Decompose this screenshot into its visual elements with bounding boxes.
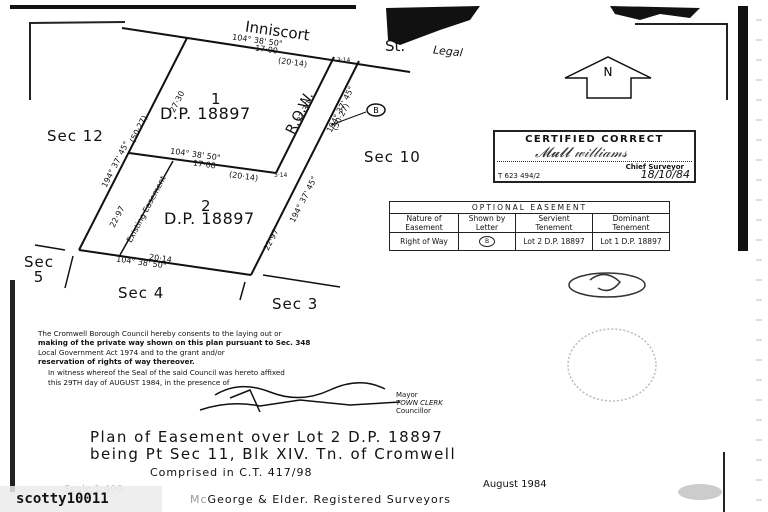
header-letter: Shown by Letter bbox=[459, 214, 516, 233]
mayor-label: Mayor bbox=[396, 391, 418, 399]
consent-line: reservation of rights of way thereover. bbox=[38, 357, 438, 366]
easement-table-title: OPTIONAL EASEMENT bbox=[390, 202, 670, 214]
section-lines bbox=[35, 245, 340, 300]
certified-title: CERTIFIED CORRECT bbox=[495, 134, 694, 145]
chief-surveyor-signature: 𝓜𝓾𝓵𝓵 𝓌𝒾𝓁𝓁𝒾𝒶𝓂𝓈 bbox=[535, 145, 627, 161]
lot-2-dp: D.P. 18897 bbox=[164, 209, 255, 228]
title-line-2: being Pt Sec 11, Blk XIV. Tn. of Cromwel… bbox=[90, 446, 456, 463]
cell-servient: Lot 2 D.P. 18897 bbox=[516, 233, 593, 251]
comprised-in-ct: Comprised in C.T. 417/98 bbox=[150, 466, 312, 479]
street-suffix: St. bbox=[385, 37, 405, 55]
table-row: Right of Way B Lot 2 D.P. 18897 Lot 1 D.… bbox=[390, 233, 670, 251]
scan-border-top bbox=[10, 5, 356, 9]
surveyors-label: McGeorge & Elder. Registered Surveyors bbox=[190, 493, 451, 506]
section-4-label: Sec 4 bbox=[118, 284, 164, 302]
certified-date: 18/10/84 bbox=[641, 168, 690, 181]
certified-correct-box: CERTIFIED CORRECT 𝓜𝓾𝓵𝓵 𝓌𝒾𝓁𝓁𝒾𝒶𝓂𝓈 Chief Su… bbox=[493, 130, 696, 183]
witness-line: this 29TH day of AUGUST 1984, in the pre… bbox=[48, 378, 285, 388]
header-servient: Servient Tenement bbox=[516, 214, 593, 233]
witness-line: In witness whereof the Seal of the said … bbox=[48, 368, 285, 378]
consent-line: The Cromwell Borough Council hereby cons… bbox=[38, 329, 438, 338]
consent-line: Local Government Act 1974 and to the gra… bbox=[38, 348, 438, 357]
section-10-label: Sec 10 bbox=[364, 148, 421, 166]
dim-row-width: 3·14 bbox=[337, 57, 350, 64]
easement-b-letter: B bbox=[373, 106, 379, 115]
cell-letter: B bbox=[459, 233, 516, 251]
section-12-label: Sec 12 bbox=[47, 127, 104, 145]
user-watermark: scotty10011 bbox=[0, 486, 162, 512]
council-seal-stamp bbox=[568, 329, 656, 401]
council-consent-text: The Cromwell Borough Council hereby cons… bbox=[38, 329, 438, 366]
frame-corner-left bbox=[30, 22, 125, 100]
signatures bbox=[200, 383, 400, 412]
edge-ticks bbox=[756, 20, 762, 500]
scan-border-right bbox=[738, 6, 748, 251]
witness-text: In witness whereof the Seal of the said … bbox=[48, 368, 285, 387]
cell-nature: Right of Way bbox=[390, 233, 459, 251]
town-clerk-label: TOWN CLERK bbox=[396, 399, 443, 407]
councillor-label: Councillor bbox=[396, 407, 431, 415]
consent-line: making of the private way shown on this … bbox=[38, 338, 438, 347]
header-nature: Nature of Easement bbox=[390, 214, 459, 233]
title-line-1: Plan of Easement over Lot 2 D.P. 18897 bbox=[90, 429, 456, 446]
scan-smudge bbox=[610, 6, 700, 20]
header-dominant: Dominant Tenement bbox=[593, 214, 670, 233]
seal-scribble bbox=[569, 273, 645, 297]
dim-row-width-mid: 3·14 bbox=[274, 172, 287, 179]
plan-date: August 1984 bbox=[483, 479, 547, 490]
cell-dominant: Lot 1 D.P. 18897 bbox=[593, 233, 670, 251]
plan-title: Plan of Easement over Lot 2 D.P. 18897 b… bbox=[90, 429, 456, 463]
frame-corner-right bbox=[635, 24, 727, 100]
section-3-label: Sec 3 bbox=[272, 295, 318, 313]
north-label: N bbox=[604, 65, 613, 79]
section-5-label: Sec 5 bbox=[21, 255, 57, 285]
signature-line bbox=[497, 161, 692, 162]
certified-reference: T 623 494/2 bbox=[498, 172, 540, 180]
optional-easement-table: OPTIONAL EASEMENT Nature of Easement Sho… bbox=[389, 201, 670, 251]
